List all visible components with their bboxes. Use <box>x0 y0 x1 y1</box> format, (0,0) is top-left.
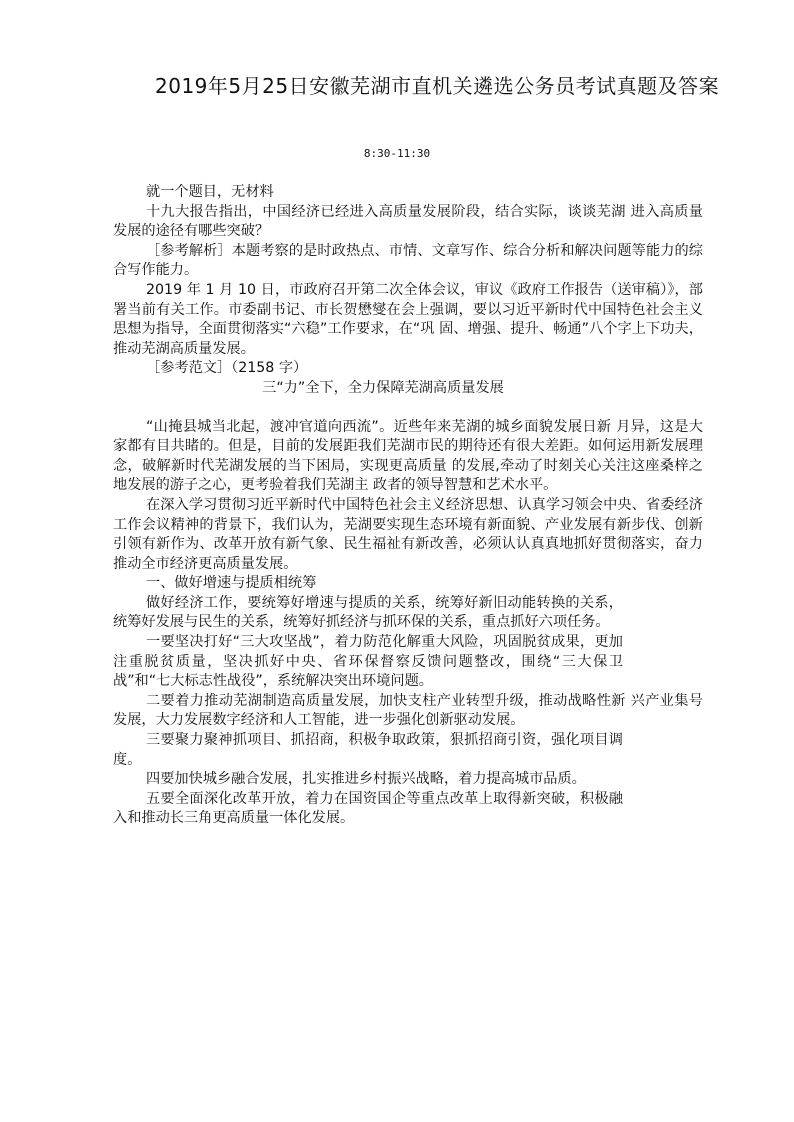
paragraph-essay-context: 在深入学习贯彻习近平新时代中国特色社会主义经济思想、认真学习领会中央、省委经济工… <box>113 496 703 574</box>
paragraph-task-3: 三要聚力聚神抓项目、抓招商，积极争取政策，狠抓招商引资，强化项目调度。 <box>113 731 623 770</box>
paragraph-task-4: 四要加快城乡融合发展，扎实推进乡村振兴战略，着力提高城市品质。 <box>113 770 703 790</box>
document-page: 2019年5月25日安徽芜湖市直机关遴选公务员考试真题及答案 8:30-11:3… <box>0 0 794 1122</box>
exam-time: 8:30-11:30 <box>0 147 794 160</box>
spacer <box>113 399 703 418</box>
paragraph-analysis: ［参考解析］本题考察的是时政热点、市情、文章写作、综合分析和解决问题等能力的综合… <box>113 242 703 281</box>
paragraph-sample-label: ［参考范文］（2158 字） <box>113 359 703 379</box>
paragraph-intro: 就一个题目，无材料 <box>113 183 703 203</box>
paragraph-tasks-intro: 做好经济工作，要统筹好增速与提质的关系，统筹好新旧动能转换的关系，统筹好发展与民… <box>113 594 623 633</box>
document-body: 就一个题目，无材料 十九大报告指出，中国经济已经进入高质量发展阶段，结合实际，谈… <box>113 183 703 829</box>
essay-title: 三“力”全下，全力保障芜湖高质量发展 <box>113 379 703 399</box>
document-title: 2019年5月25日安徽芜湖市直机关遴选公务员考试真题及答案 <box>155 70 719 99</box>
paragraph-task-2: 二要着力推动芜湖制造高质量发展，加快支柱产业转型升级，推动战略性新 兴产业集号发… <box>113 692 703 731</box>
paragraph-task-5: 五要全面深化改革开放，着力在国资国企等重点改革上取得新突破，积极融入和推动长三角… <box>113 790 623 829</box>
paragraph-task-1: 一要坚决打好“三大攻坚战”，着力防范化解重大风险，巩固脱贫成果，更加注重脱贫质量… <box>113 633 623 692</box>
paragraph-question: 十九大报告指出，中国经济已经进入高质量发展阶段，结合实际，谈谈芜湖 进入高质量发… <box>113 203 703 242</box>
paragraph-essay-opening: “山掩县城当北起，渡冲官道向西流”。近些年来芜湖的城乡面貌发展日新 月异，这是大… <box>113 418 703 496</box>
paragraph-background: 2019 年 1 月 10 日，市政府召开第二次全体会议，审议《政府工作报告（送… <box>113 281 703 359</box>
section-heading-1: 一、做好增速与提质相统筹 <box>113 574 703 594</box>
